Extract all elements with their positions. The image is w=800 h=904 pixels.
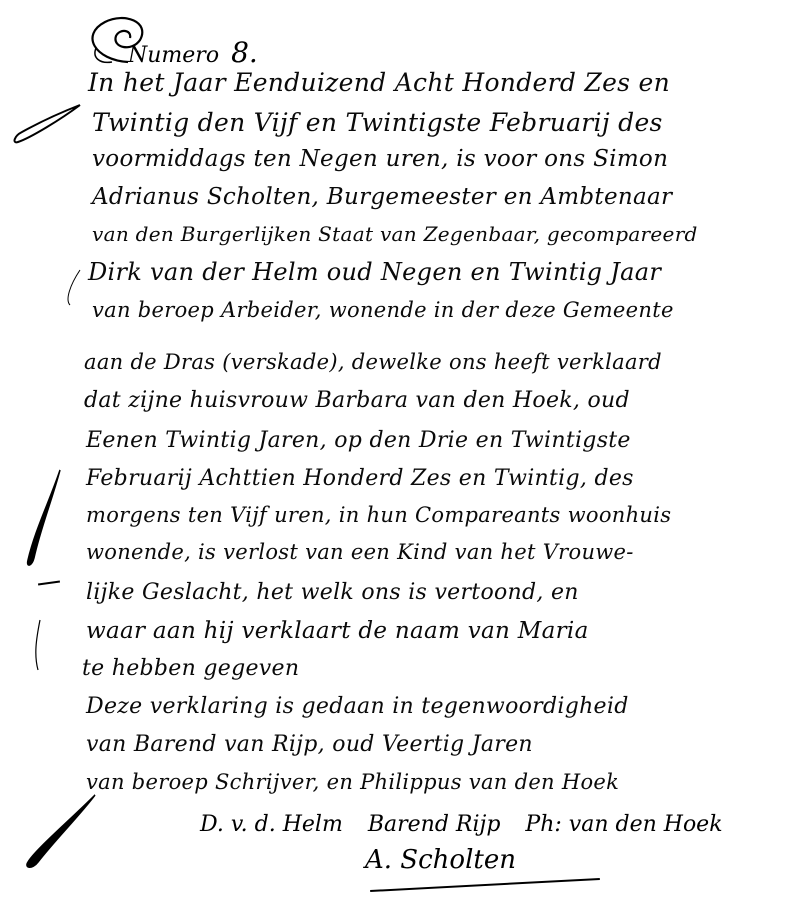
text-line-5: van den Burgerlijken Staat van Zegenbaar…: [92, 222, 698, 246]
witness-signatures: D. v. d. Helm Barend Rijp Ph: van den Ho…: [200, 812, 741, 837]
register-page: Numero8. In het Jaar Eenduizend Acht Hon…: [0, 0, 800, 904]
text-line-15-child-name: waar aan hij verklaart de naam van Maria: [86, 618, 589, 644]
text-line-6-declarant: Dirk van der Helm oud Negen en Twintig J…: [88, 258, 661, 286]
text-line-7: van beroep Arbeider, wonende in der deze…: [92, 298, 674, 322]
entry-number: 8.: [231, 36, 258, 69]
text-line-3: voormiddags ten Negen uren, is voor ons …: [92, 146, 668, 172]
text-line-8: aan de Dras (verskade), dewelke ons heef…: [84, 350, 662, 374]
text-line-13: wonende, is verlost van een Kind van het…: [86, 540, 634, 564]
text-line-1: In het Jaar Eenduizend Acht Honderd Zes …: [88, 68, 670, 97]
text-line-12: morgens ten Vijf uren, in hun Compareant…: [86, 503, 671, 527]
text-line-2: Twintig den Vijf en Twintigste Februarij…: [92, 108, 663, 137]
text-line-9-mother: dat zijne huisvrouw Barbara van den Hoek…: [84, 388, 630, 413]
text-line-19-witness-2: van beroep Schrijver, en Philippus van d…: [86, 770, 619, 794]
heading-label: Numero: [128, 43, 219, 68]
entry-heading: Numero8.: [128, 36, 258, 69]
text-line-16: te hebben gegeven: [82, 656, 299, 681]
text-line-17: Deze verklaring is gedaan in tegenwoordi…: [86, 694, 629, 719]
signature-witness-1: Barend Rijp: [368, 812, 501, 837]
text-line-11: Februarij Achttien Honderd Zes en Twinti…: [86, 466, 634, 491]
signature-witness-2: Ph: van den Hoek: [525, 812, 722, 837]
text-line-10: Eenen Twintig Jaren, op den Drie en Twin…: [86, 428, 631, 453]
text-line-18-witness-1: van Barend van Rijp, oud Veertig Jaren: [86, 732, 533, 757]
text-line-14: lijke Geslacht, het welk ons is vertoond…: [86, 580, 579, 605]
signature-father: D. v. d. Helm: [200, 812, 343, 837]
signature-official: A. Scholten: [365, 845, 516, 875]
text-line-4: Adrianus Scholten, Burgemeester en Ambte…: [92, 184, 672, 210]
